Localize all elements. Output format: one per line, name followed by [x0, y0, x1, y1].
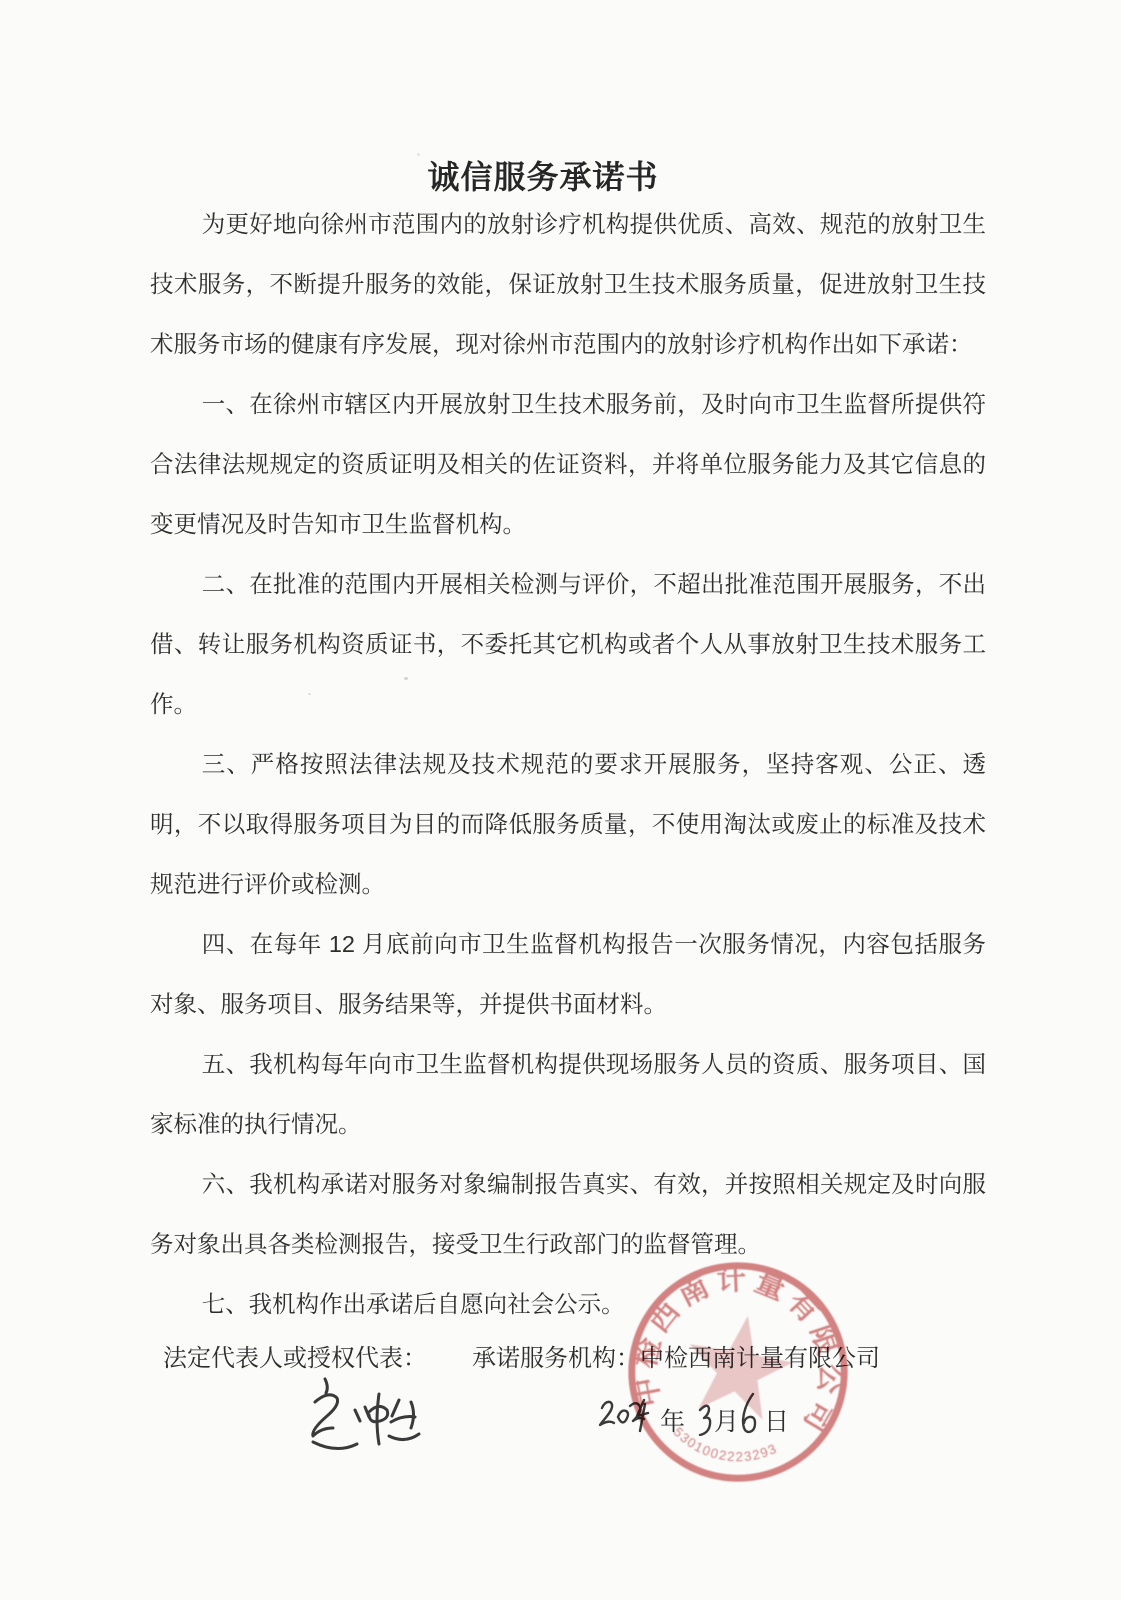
company-stamp: 中检西南计量有限公司 5301002223293 — [601, 1235, 874, 1508]
scan-speck — [404, 677, 408, 680]
commitment-item-4: 四、在每年 12 月底前向市卫生监督机构报告一次服务情况，内容包括服务对象、服务… — [150, 914, 986, 1034]
legal-representative-label: 法定代表人或授权代表： — [163, 1338, 427, 1373]
commitment-item-2: 二、在批准的范围内开展相关检测与评价，不超出批准范围开展服务，不出借、转让服务机… — [150, 554, 986, 734]
commitment-item-6: 六、我机构承诺对服务对象编制报告真实、有效，并按照相关规定及时向服务对象出具各类… — [150, 1154, 986, 1274]
commitment-item-1: 一、在徐州市辖区内开展放射卫生技术服务前，及时向市卫生监督所提供符合法律法规规定… — [150, 374, 986, 554]
intro-paragraph: 为更好地向徐州市范围内的放射诊疗机构提供优质、高效、规范的放射卫生技术服务，不断… — [150, 194, 986, 374]
scanned-document-page: 诚信服务承诺书 为更好地向徐州市范围内的放射诊疗机构提供优质、高效、规范的放射卫… — [0, 0, 1121, 1600]
commitment-item-3: 三、严格按照法律法规及技术规范的要求开展服务，坚持客观、公正、透明，不以取得服务… — [150, 734, 986, 914]
document-title: 诚信服务承诺书 — [0, 152, 1086, 198]
scan-speck — [417, 153, 420, 156]
document-body: 为更好地向徐州市范围内的放射诊疗机构提供优质、高效、规范的放射卫生技术服务，不断… — [150, 194, 986, 1334]
commitment-item-5: 五、我机构每年向市卫生监督机构提供现场服务人员的资质、服务项目、国家标准的执行情… — [150, 1034, 986, 1154]
scan-speck — [308, 693, 311, 695]
stamp-star-icon — [679, 1307, 800, 1423]
handwritten-signature — [303, 1374, 423, 1454]
org-label: 承诺服务机构： — [472, 1345, 640, 1372]
